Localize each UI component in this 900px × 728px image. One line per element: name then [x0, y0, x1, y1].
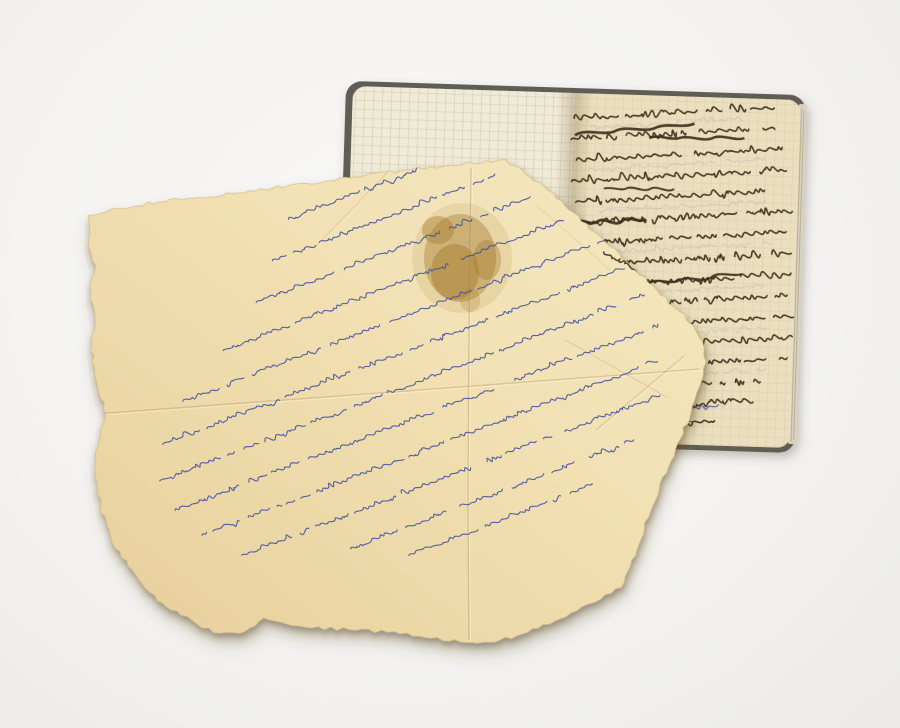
stain-blob: [473, 240, 501, 280]
stain-blob: [422, 216, 454, 244]
ink-stain: [412, 203, 512, 313]
manuscript-photo: [0, 0, 900, 728]
manuscript-scene: [0, 0, 900, 728]
